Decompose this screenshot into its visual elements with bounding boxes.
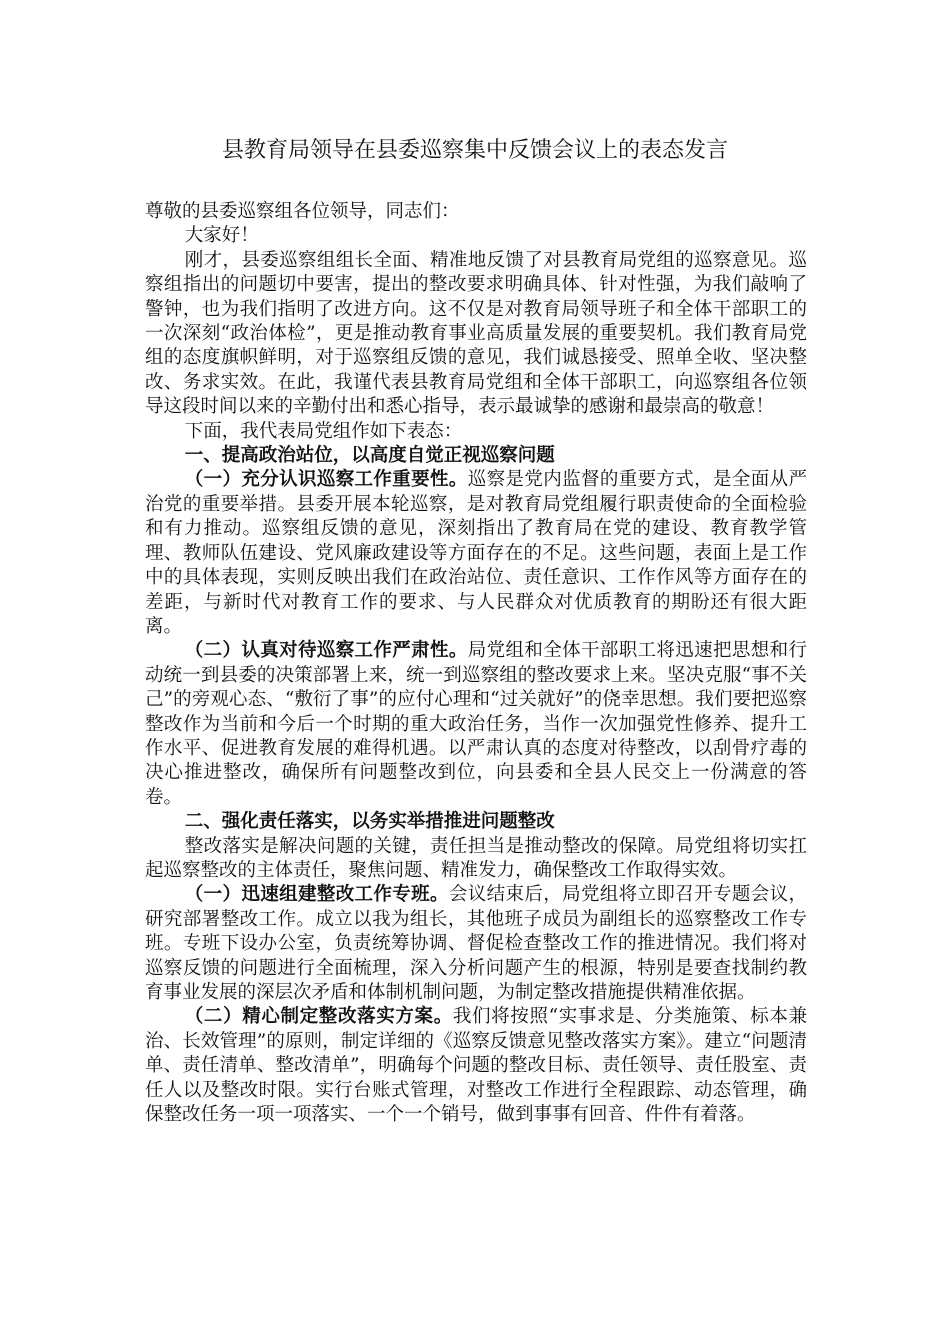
greeting: 大家好！ (145, 224, 807, 248)
section-2-item-1: （一）迅速组建整改工作专班。会议结束后，局党组将立即召开专题会议，研究部署整改工… (145, 883, 807, 1005)
section-2-intro: 整改落实是解决问题的关键，责任担当是推动整改的保障。局党组将切实扛起巡察整改的主… (145, 835, 807, 884)
document-page: 县教育局领导在县委巡察集中反馈会议上的表态发言 尊敬的县委巡察组各位领导，同志们… (0, 0, 950, 1344)
salutation: 尊敬的县委巡察组各位领导，同志们： (145, 200, 807, 224)
section-heading-2: 二、强化责任落实，以务实举措推进问题整改 (145, 810, 807, 834)
item-lead: （二）精心制定整改落实方案。 (185, 1006, 453, 1027)
item-text: 巡察是党内监督的重要方式，是全面从严治党的重要举措。县委开展本轮巡察，是对教育局… (145, 469, 807, 636)
transition-paragraph: 下面，我代表局党组作如下表态： (145, 420, 807, 444)
document-title: 县教育局领导在县委巡察集中反馈会议上的表态发言 (0, 136, 950, 166)
section-heading-1: 一、提高政治站位，以高度自觉正视巡察问题 (145, 444, 807, 468)
item-text: 局党组和全体干部职工将迅速把思想和行动统一到县委的决策部署上来，统一到巡察组的整… (145, 640, 807, 807)
section-2-item-2: （二）精心制定整改落实方案。我们将按照“实事求是、分类施策、标本兼治、长效管理”… (145, 1005, 807, 1127)
item-lead: （一）迅速组建整改工作专班。 (185, 884, 449, 905)
section-1-item-1: （一）充分认识巡察工作重要性。巡察是党内监督的重要方式，是全面从严治党的重要举措… (145, 468, 807, 639)
intro-paragraph: 刚才，县委巡察组组长全面、精准地反馈了对县教育局党组的巡察意见。巡察组指出的问题… (145, 249, 807, 420)
section-1-item-2: （二）认真对待巡察工作严肃性。局党组和全体干部职工将迅速把思想和行动统一到县委的… (145, 639, 807, 810)
document-body: 尊敬的县委巡察组各位领导，同志们： 大家好！ 刚才，县委巡察组组长全面、精准地反… (145, 200, 807, 1127)
item-lead: （一）充分认识巡察工作重要性。 (185, 469, 468, 490)
item-lead: （二）认真对待巡察工作严肃性。 (185, 640, 468, 661)
